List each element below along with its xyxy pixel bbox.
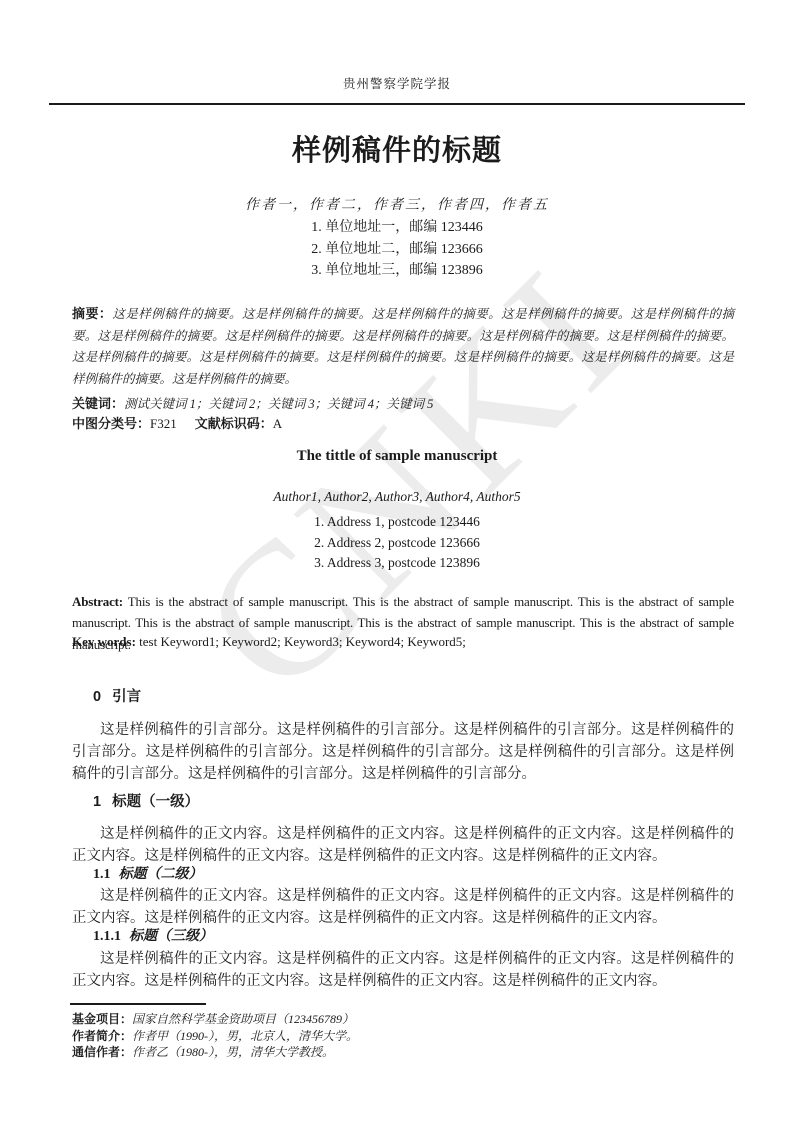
cn-title: 样例稿件的标题 [0, 128, 794, 169]
section-number: 1.1 [93, 867, 111, 882]
en-address-line: 1. Address 1, postcode 123446 [0, 512, 794, 533]
header-rule [49, 103, 745, 105]
cn-keywords-label: 关键词： [72, 396, 124, 411]
section-body-level1: 这是样例稿件的正文内容。这是样例稿件的正文内容。这是样例稿件的正文内容。这是样例… [72, 823, 734, 867]
cn-address-line: 2. 单位地址二，邮编 123666 [0, 239, 794, 261]
cn-abstract-label: 摘要： [72, 306, 112, 321]
journal-running-head: 贵州警察学院学报 [0, 74, 794, 92]
footnote-fund: 基金项目：国家自然科学基金资助项目（123456789） [72, 1011, 734, 1028]
en-address-list: 1. Address 1, postcode 123446 2. Address… [0, 512, 794, 574]
section-heading-level1: 1标题（一级） [72, 792, 755, 812]
en-authors: Author1, Author2, Author3, Author4, Auth… [0, 489, 794, 505]
footnote-fund-text: 国家自然科学基金资助项目（123456789） [132, 1012, 354, 1026]
section-body-level2: 这是样例稿件的正文内容。这是样例稿件的正文内容。这是样例稿件的正文内容。这是样例… [72, 885, 734, 929]
clc-label: 中图分类号： [72, 416, 150, 431]
section-heading-intro: 0引言 [72, 687, 755, 707]
footnote-corresponding-text: 作者乙（1980-），男，清华大学教授。 [132, 1045, 334, 1059]
en-abstract-label: Abstract: [72, 594, 123, 609]
en-address-line: 3. Address 3, postcode 123896 [0, 553, 794, 574]
clc-value: F321 [150, 416, 177, 431]
footnote-corresponding: 通信作者：作者乙（1980-），男，清华大学教授。 [72, 1044, 734, 1061]
cn-abstract: 摘要：这是样例稿件的摘要。这是样例稿件的摘要。这是样例稿件的摘要。这是样例稿件的… [72, 303, 734, 390]
section-title: 标题（一级） [112, 794, 199, 810]
footnote-area: 基金项目：国家自然科学基金资助项目（123456789） 作者简介：作者甲（19… [72, 1011, 734, 1061]
section-number: 0 [93, 689, 101, 705]
en-keywords-label: Key words: [72, 634, 136, 649]
doc-code-value: A [273, 416, 282, 431]
cn-authors: 作者一，作者二，作者三，作者四，作者五 [0, 194, 794, 214]
en-keywords-text: test Keyword1; Keyword2; Keyword3; Keywo… [139, 634, 466, 649]
section-title: 标题（二级） [119, 867, 203, 882]
en-keywords: Key words: test Keyword1; Keyword2; Keyw… [72, 634, 734, 650]
content-layer: 贵州警察学院学报 样例稿件的标题 作者一，作者二，作者三，作者四，作者五 1. … [0, 0, 794, 1123]
manuscript-page: CNKI 贵州警察学院学报 样例稿件的标题 作者一，作者二，作者三，作者四，作者… [0, 0, 794, 1123]
cn-address-list: 1. 单位地址一，邮编 123446 2. 单位地址二，邮编 123666 3.… [0, 217, 794, 282]
section-number: 1 [93, 794, 101, 810]
footnote-fund-label: 基金项目： [72, 1012, 132, 1026]
section-body-intro: 这是样例稿件的引言部分。这是样例稿件的引言部分。这是样例稿件的引言部分。这是样例… [72, 719, 734, 785]
section-title: 引言 [112, 689, 141, 705]
cn-abstract-text: 这是样例稿件的摘要。这是样例稿件的摘要。这是样例稿件的摘要。这是样例稿件的摘要。… [72, 307, 734, 386]
doc-code-label: 文献标识码： [195, 416, 273, 431]
footnote-author-bio-text: 作者甲（1990-），男，北京人，清华大学。 [132, 1029, 358, 1043]
en-title: The tittle of sample manuscript [0, 448, 794, 465]
cn-keywords: 关键词：测试关键词 1；关键词 2；关键词 3；关键词 4；关键词 5 [72, 394, 734, 414]
section-title: 标题（三级） [129, 929, 213, 944]
cn-classification-line: 中图分类号：F321文献标识码：A [72, 414, 734, 434]
footnote-author-bio: 作者简介：作者甲（1990-），男，北京人，清华大学。 [72, 1028, 734, 1045]
cn-keywords-text: 测试关键词 1；关键词 2；关键词 3；关键词 4；关键词 5 [124, 397, 433, 411]
footnote-corresponding-label: 通信作者： [72, 1045, 132, 1059]
section-number: 1.1.1 [93, 929, 121, 944]
section-heading-level2: 1.1标题（二级） [72, 865, 755, 885]
footnote-author-bio-label: 作者简介： [72, 1029, 132, 1043]
cn-address-line: 3. 单位地址三，邮编 123896 [0, 260, 794, 282]
footnote-divider [70, 1003, 206, 1005]
cn-address-line: 1. 单位地址一，邮编 123446 [0, 217, 794, 239]
section-body-level3: 这是样例稿件的正文内容。这是样例稿件的正文内容。这是样例稿件的正文内容。这是样例… [72, 948, 734, 992]
section-heading-level3: 1.1.1标题（三级） [72, 927, 755, 947]
en-address-line: 2. Address 2, postcode 123666 [0, 533, 794, 554]
